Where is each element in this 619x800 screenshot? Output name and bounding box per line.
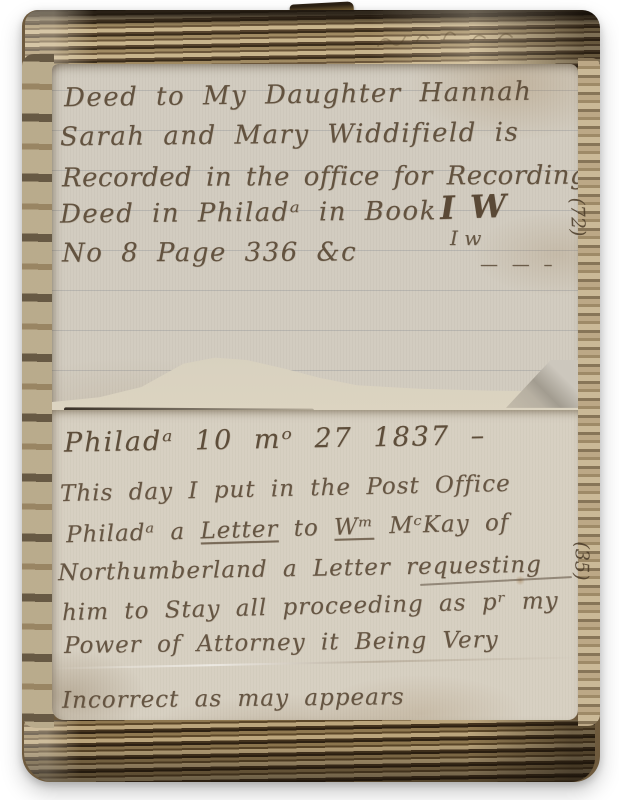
entry-dateline: Philadᵃ 10 mᵒ 27 1837 –: [64, 420, 487, 458]
manuscript-line: Sarah and Mary Widdifield is: [60, 118, 520, 153]
manuscript-line: Incorrect as may appears: [62, 684, 405, 714]
page-crease: [52, 656, 578, 669]
dash-flourish: — — –: [480, 254, 556, 275]
manuscript-line: Deed to My Daughter Hannah: [64, 77, 533, 114]
line-segment: to: [278, 515, 334, 543]
manuscript-line: him to Stay all proceeding as pʳ my: [62, 588, 559, 626]
manuscript-line: This day I put in the Post Office: [60, 471, 511, 507]
left-edge-fray: [22, 54, 54, 728]
margin-note-lower: (35): [570, 541, 593, 580]
line-segment: MᶜKay of: [373, 510, 509, 540]
manuscript-line: Philadᵃ a Letter to Wᵐ MᶜKay of: [66, 510, 510, 548]
manuscript-line: No 8 Page 336 &c: [62, 237, 357, 268]
fore-edge-marks: [374, 26, 554, 56]
line-segment-underlined: Letter: [200, 516, 279, 544]
bottom-edge-fray: [24, 720, 595, 782]
line-segment-underlined: Wᵐ: [334, 514, 374, 541]
manuscript-line: Deed in Philadᵃ in Book: [60, 196, 437, 229]
photo-backdrop: Deed to My Daughter Hannah Sarah and Mar…: [0, 0, 619, 800]
right-edge-fray: [578, 58, 600, 726]
line-segment: Philadᵃ a: [66, 518, 201, 548]
journal-book: Deed to My Daughter Hannah Sarah and Mar…: [22, 10, 600, 782]
deed-book-initials: I W: [439, 187, 508, 227]
clerk-initials: I w: [450, 226, 481, 250]
upper-page: Deed to My Daughter Hannah Sarah and Mar…: [52, 64, 578, 410]
margin-note-upper: (72): [566, 197, 589, 237]
manuscript-line: Power of Attorney it Being Very: [64, 627, 499, 659]
lower-page: Philadᵃ 10 mᵒ 27 1837 – This day I put i…: [52, 410, 578, 720]
